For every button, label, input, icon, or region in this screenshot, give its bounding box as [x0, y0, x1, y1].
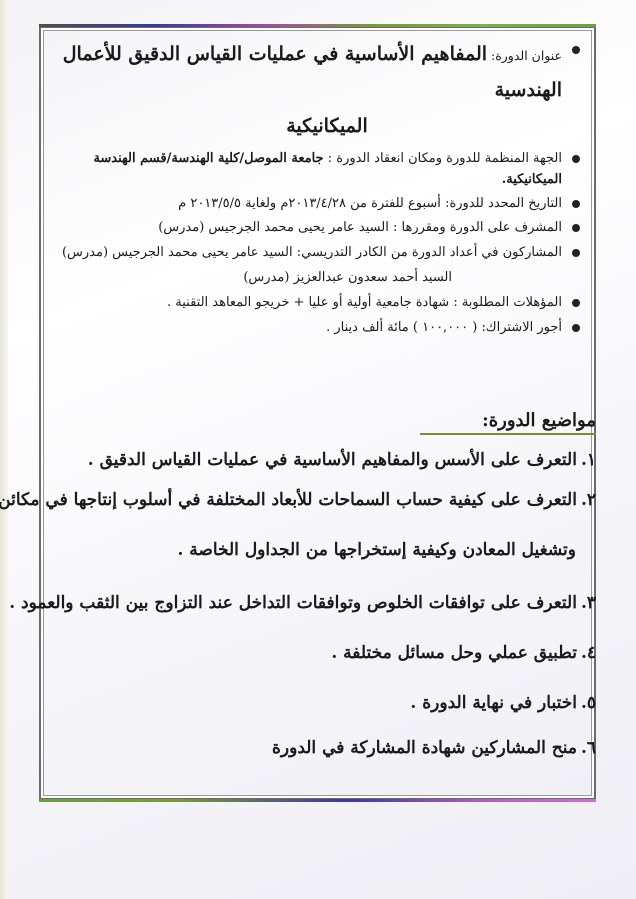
course-title-value: المفاهيم الأساسية في عمليات القياس الدقي… [63, 43, 562, 101]
topic-number: ٥. [581, 693, 596, 713]
bullet-icon [572, 299, 580, 307]
topic-item-1: ١.التعرف على الأسس والمفاهيم الأساسية في… [88, 450, 596, 470]
qualifications-label: المؤهلات المطلوبة : [453, 295, 562, 310]
topic-number: ٤. [581, 643, 596, 663]
supervisor-label: المشرف على الدورة ومقررها : [393, 220, 562, 235]
topic-item-5: ٥.اختبار في نهاية الدورة . [410, 693, 596, 713]
topic-text: منح المشاركين شهادة المشاركة في الدورة [272, 738, 577, 758]
fees-label: أجور الاشتراك: [482, 320, 563, 335]
course-info-section: عنوان الدورة: المفاهيم الأساسية في عمليا… [52, 36, 584, 341]
topic-item-2: ٢.التعرف على كيفية حساب السماحات للأبعاد… [0, 490, 596, 510]
topic-item-4: ٤.تطبيق عملي وحل مسائل مختلفة . [331, 643, 596, 663]
date-value: أسبوع للفترة من ٢٠١٣/٤/٢٨م ولغاية ٢٠١٣/٥… [178, 196, 441, 211]
topic-number: ٣. [581, 593, 596, 613]
bullet-icon [572, 46, 580, 54]
topic-text: التعرف على الأسس والمفاهيم الأساسية في ع… [88, 450, 577, 470]
topic-number: ٢. [581, 490, 596, 510]
bullet-icon [572, 324, 580, 332]
qualifications-item: المؤهلات المطلوبة : شهادة جامعية أولية أ… [52, 292, 584, 313]
participant-2: السيد أحمد سعدون عبدالعزيز (مدرس) [52, 267, 562, 288]
course-info-list: عنوان الدورة: المفاهيم الأساسية في عمليا… [52, 36, 584, 338]
topic-text: التعرف على توافقات الخلوص وتوافقات التدا… [9, 593, 577, 613]
date-item: التاريخ المحدد للدورة: أسبوع للفترة من ٢… [52, 193, 584, 214]
course-title-item: عنوان الدورة: المفاهيم الأساسية في عمليا… [52, 36, 584, 144]
topic-item-6: ٦.منح المشاركين شهادة المشاركة في الدورة [272, 738, 596, 758]
topic-number: ١. [581, 450, 596, 470]
participants-item: المشاركون في أعداد الدورة من الكادر التد… [52, 242, 584, 288]
course-title-continuation: الميكانيكية [52, 108, 562, 144]
topic-text: تطبيق عملي وحل مسائل مختلفة . [331, 643, 577, 663]
topic-number: ٦. [581, 738, 596, 758]
organizer-item: الجهة المنظمة للدورة ومكان انعقاد الدورة… [52, 148, 584, 190]
topic-text: التعرف على كيفية حساب السماحات للأبعاد ا… [0, 490, 577, 510]
organizer-label: الجهة المنظمة للدورة ومكان انعقاد الدورة… [328, 151, 562, 166]
fees-value: ( ١٠٠,٠٠٠ ) مائة ألف دينار . [326, 320, 477, 335]
topic-item-2-continuation: وتشغيل المعادن وكيفية إستخراجها من الجدا… [177, 540, 576, 560]
topics-heading: مواضيع الدورة: [420, 410, 596, 435]
topic-item-3: ٣.التعرف على توافقات الخلوص وتوافقات الت… [9, 593, 596, 613]
bullet-icon [572, 200, 580, 208]
supervisor-item: المشرف على الدورة ومقررها : السيد عامر ي… [52, 217, 584, 238]
bullet-icon [572, 224, 580, 232]
participant-1: السيد عامر يحيى محمد الجرجيس (مدرس) [62, 245, 293, 260]
bullet-icon [572, 249, 580, 257]
course-title-label: عنوان الدورة: [491, 48, 562, 63]
date-label: التاريخ المحدد للدورة: [445, 196, 562, 211]
fees-item: أجور الاشتراك: ( ١٠٠,٠٠٠ ) مائة ألف دينا… [52, 317, 584, 338]
scanned-page-edge [0, 0, 8, 899]
participants-label: المشاركون في أعداد الدورة من الكادر التد… [297, 245, 562, 260]
topic-text: اختبار في نهاية الدورة . [410, 693, 577, 713]
bullet-icon [572, 155, 580, 163]
qualifications-value: شهادة جامعية أولية أو عليا + خريجو المعا… [167, 295, 449, 310]
supervisor-value: السيد عامر يحيى محمد الجرجيس (مدرس) [158, 220, 389, 235]
